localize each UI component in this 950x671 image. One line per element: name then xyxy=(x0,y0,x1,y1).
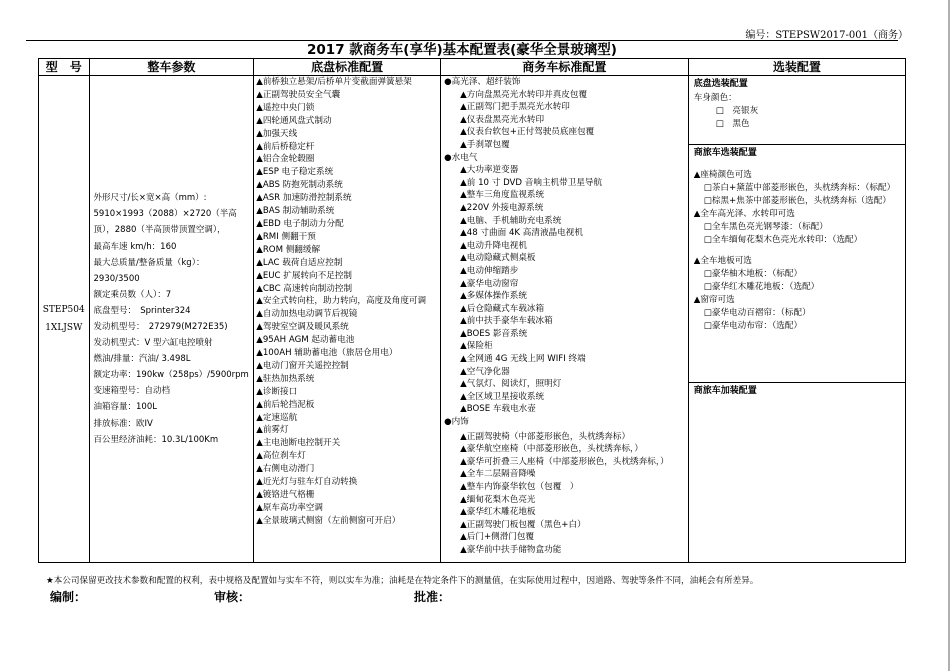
header-chassis: 底盘标准配置 xyxy=(254,59,441,76)
biz-item: ▲豪华航空座椅（中部菱形嵌色，头枕绣奔标，） xyxy=(444,443,685,456)
chassis-item: ▲95AH AGM 起动蓄电池 xyxy=(256,334,438,347)
chassis-item: ▲ABS 防抱死制动系统 xyxy=(256,179,438,192)
table-row: STEP504 1XLJSW 外形尺寸/长×宽×高（mm）: 5910×1993… xyxy=(39,76,906,563)
biz-item: ▲大功率逆变器 xyxy=(444,164,685,177)
biz-item: ▲仪表盘黑亮光水转印 xyxy=(444,114,685,127)
chassis-item: ▲加强天线 xyxy=(256,128,438,141)
option-checkbox[interactable]: □棕黑+焦茶中部菱形嵌色，头枕绣奔标（选配） xyxy=(694,195,900,208)
biz-section-interior: ●内饰 xyxy=(444,416,685,429)
chassis-item: ▲驾驶室空调及暖风系统 xyxy=(256,321,438,334)
biz-item: ▲多媒体操作系统 xyxy=(444,290,685,303)
header-options: 选装配置 xyxy=(688,59,905,76)
chassis-item: ▲前桥独立悬架/后桥单片变截面弹簧悬架 xyxy=(256,76,438,89)
option-checkbox[interactable]: □全车黑色亮光钢琴漆：（标配） xyxy=(694,221,900,234)
chassis-item: ▲EUC 扩展转向不足控制 xyxy=(256,270,438,283)
chassis-item: ▲前后桥稳定杆 xyxy=(256,141,438,154)
biz-item: ▲豪华可折叠三人座椅（中部菱形嵌色，头枕绣奔标，） xyxy=(444,456,685,469)
chassis-item: ▲ESP 电子稳定系统 xyxy=(256,166,438,179)
chassis-item: ▲高位刹车灯 xyxy=(256,450,438,463)
biz-item: ▲全区域卫星接收系统 xyxy=(444,391,685,404)
body-color-label: 车身颜色： xyxy=(694,92,900,105)
option-checkbox[interactable]: □豪华红木雕花地板：（选配） xyxy=(694,281,900,294)
option-checkbox[interactable]: □豪华电动百褶帘：（标配） xyxy=(694,307,900,320)
biz-item: ▲手刹罩包覆 xyxy=(444,139,685,152)
param-line: 5910×1993（2088）×2720（半高顶），2880（半高顶带顶置空调）… xyxy=(94,206,250,238)
param-line: 发动机型号： 272979(M272E35) xyxy=(94,319,250,335)
option-checkbox[interactable]: □茶白+黛蓝中部菱形嵌色，头枕绣奔标：（标配） xyxy=(694,182,900,195)
chassis-item: ▲前后轮挡泥板 xyxy=(256,399,438,412)
param-line: 2930/3500 xyxy=(94,271,250,287)
rv-addons-block: 商旅车加装配置 xyxy=(689,383,905,401)
config-table: 型 号 整车参数 底盘标准配置 商务车标准配置 选装配置 STEP504 1XL… xyxy=(38,58,906,563)
chassis-item: ▲右侧电动滑门 xyxy=(256,463,438,476)
biz-item: ▲电脑、手机辅助充电系统 xyxy=(444,215,685,228)
biz-item: ▲整车内饰豪华软包（包覆 ） xyxy=(444,481,685,494)
biz-item: ▲电动隐藏式侧桌板 xyxy=(444,252,685,265)
chassis-item: ▲近光灯与驻车灯自动转换 xyxy=(256,476,438,489)
param-line: 排放标准：欧IV xyxy=(94,416,250,432)
chassis-item: ▲镀铬进气格栅 xyxy=(256,489,438,502)
param-line: 底盘型号： Sprinter324 xyxy=(94,303,250,319)
chassis-item: ▲四轮通风盘式制动 xyxy=(256,115,438,128)
rv-addons-title: 商旅车加装配置 xyxy=(694,385,900,398)
biz-item: ▲保险柜 xyxy=(444,340,685,353)
param-line: 油箱容量：100L xyxy=(94,399,250,415)
chassis-item: ▲定速巡航 xyxy=(256,412,438,425)
header-business: 商务车标准配置 xyxy=(441,59,689,76)
biz-item: ▲方向盘黑亮光水转印并真皮包覆 xyxy=(444,89,685,102)
biz-section-electrical: ●水电气 xyxy=(444,152,685,165)
disclaimer-note: ★本公司保留更改技术参数和配置的权利，表中规格及配置如与实车不符，则以实车为准；… xyxy=(46,574,758,586)
model-variant: 1XLJSW xyxy=(39,319,89,337)
biz-item: ▲BOSE 车载电水壶 xyxy=(444,403,685,416)
option-checkbox[interactable]: □豪华柚木地板：（标配） xyxy=(694,268,900,281)
chassis-item: ▲遥控中央门锁 xyxy=(256,102,438,115)
biz-item: ▲正副驾驶椅（中部菱形嵌色，头枕绣奔标） xyxy=(444,431,685,444)
option-checkbox[interactable]: □豪华电动布帘：（选配） xyxy=(694,320,900,333)
chassis-item: ▲自动加热电动调节后视镜 xyxy=(256,308,438,321)
compiled-by-label: 编制： xyxy=(50,588,86,605)
param-line: 最大总质量/整备质量（kg）： xyxy=(94,255,250,271)
gloss-group: ▲全车高光泽、水转印可选 xyxy=(694,208,900,221)
chassis-cell: ▲前桥独立悬架/后桥单片变截面弹簧悬架 ▲正副驾驶员安全气囊 ▲遥控中央门锁 ▲… xyxy=(254,76,441,563)
chassis-item: ▲诊断接口 xyxy=(256,386,438,399)
model-cell: STEP504 1XLJSW xyxy=(39,76,90,563)
chassis-item: ▲正副驾驶员安全气囊 xyxy=(256,89,438,102)
biz-item: ▲气氛灯、阅读灯，照明灯 xyxy=(444,378,685,391)
chassis-item: ▲ROM 侧翻缓解 xyxy=(256,244,438,257)
biz-item: ▲电动升降电视机 xyxy=(444,240,685,253)
biz-item: ▲空气净化器 xyxy=(444,366,685,379)
param-line: 发动机型式：V 型六缸电控喷射 xyxy=(94,335,250,351)
biz-item: ▲整车三角度监视系统 xyxy=(444,189,685,202)
table-header-row: 型 号 整车参数 底盘标准配置 商务车标准配置 选装配置 xyxy=(39,59,906,76)
biz-item: ▲缅甸花梨木色亮光 xyxy=(444,494,685,507)
chassis-item: ▲电动门窗开关遥控控制 xyxy=(256,360,438,373)
biz-item: ▲全网通 4G 无线上网 WIFI 终端 xyxy=(444,353,685,366)
biz-item: ▲后门+侧滑门包覆 xyxy=(444,531,685,544)
biz-item: ▲48 寸曲面 4K 高清液晶电视机 xyxy=(444,227,685,240)
color-option-black[interactable]: □ 黑色 xyxy=(694,118,900,131)
biz-item: ▲前中扶手豪华车载冰箱 xyxy=(444,315,685,328)
biz-section-trim: ●高光泽、超纤装饰 xyxy=(444,76,685,89)
biz-item: ▲仪表台软包+正付驾驶员底座包覆 xyxy=(444,126,685,139)
param-line: 燃油/排量：汽油/ 3.498L xyxy=(94,351,250,367)
param-line: 百公里经济油耗：10.3L/100Km xyxy=(94,432,250,448)
color-option-silver[interactable]: □ 亮银灰 xyxy=(694,105,900,118)
business-cell: ●高光泽、超纤装饰 ▲方向盘黑亮光水转印并真皮包覆 ▲正副驾门把手黑亮光水转印 … xyxy=(441,76,689,563)
chassis-item: ▲LAC 载荷自适应控制 xyxy=(256,257,438,270)
option-checkbox[interactable]: □全车缅甸花梨木色亮光水转印：（选配） xyxy=(694,234,900,247)
model-code: STEP504 xyxy=(39,301,89,319)
header-model: 型 号 xyxy=(39,59,90,76)
biz-item: ▲正副驾门把手黑亮光水转印 xyxy=(444,101,685,114)
chassis-item: ▲BAS 制动辅助系统 xyxy=(256,205,438,218)
options-cell: 底盘选装配置 车身颜色： □ 亮银灰 □ 黑色 商旅车选装配置 ▲座椅颜色可选 … xyxy=(688,76,905,563)
chassis-item: ▲原车高功率空调 xyxy=(256,502,438,515)
chassis-item: ▲EBD 电子制动力分配 xyxy=(256,218,438,231)
chassis-item: ▲ASR 加速防滑控制系统 xyxy=(256,192,438,205)
biz-item: ▲电动伸缩踏步 xyxy=(444,265,685,278)
biz-item: ▲BOES 影音系统 xyxy=(444,328,685,341)
chassis-item: ▲100AH 辅助蓄电池（旅居仓用电） xyxy=(256,347,438,360)
seat-color-group: ▲座椅颜色可选 xyxy=(694,169,900,182)
chassis-item: ▲铝合金轮毂圈 xyxy=(256,153,438,166)
header-params: 整车参数 xyxy=(89,59,254,76)
param-line: 外形尺寸/长×宽×高（mm）: xyxy=(94,190,250,206)
chassis-options-title: 底盘选装配置 xyxy=(694,78,900,91)
biz-item: ▲220V 外接电源系统 xyxy=(444,202,685,215)
chassis-item: ▲主电池断电控制开关 xyxy=(256,437,438,450)
chassis-item: ▲驻热加热系统 xyxy=(256,373,438,386)
reviewed-by-label: 审核： xyxy=(214,588,250,605)
biz-item: ▲全车二层隔音降噪 xyxy=(444,468,685,481)
params-cell: 外形尺寸/长×宽×高（mm）: 5910×1993（2088）×2720（半高顶… xyxy=(89,76,254,563)
param-line: 最高车速 km/h：160 xyxy=(94,239,250,255)
chassis-item: ▲前雾灯 xyxy=(256,424,438,437)
biz-item: ▲正副驾驶门板包覆（黑色+白） xyxy=(444,519,685,532)
chassis-item: ▲CBC 高速转向制动控制 xyxy=(256,283,438,296)
floor-group: ▲全车地板可选 xyxy=(694,255,900,268)
biz-item: ▲豪华红木雕花地板 xyxy=(444,506,685,519)
rv-options-block: 商旅车选装配置 ▲座椅颜色可选 □茶白+黛蓝中部菱形嵌色，头枕绣奔标：（标配） … xyxy=(689,145,905,383)
param-line: 变速箱型号：自动档 xyxy=(94,383,250,399)
chassis-item: ▲全景玻璃式侧窗（左前侧窗可开启） xyxy=(256,515,438,528)
biz-item: ▲豪华电动窗帘 xyxy=(444,278,685,291)
chassis-item: ▲安全式转向柱，助力转向，高度及角度可调 xyxy=(256,295,438,308)
biz-item: ▲后仓隐藏式车载冰箱 xyxy=(444,303,685,316)
approved-by-label: 批准： xyxy=(414,588,450,605)
biz-item: ▲豪华前中扶手储物盒功能 xyxy=(444,544,685,557)
biz-item: ▲前 10 寸 DVD 音响主机带卫星导航 xyxy=(444,177,685,190)
param-line: 额定功率：190kw（258ps）/5900rpm xyxy=(94,367,250,383)
param-line: 额定乘员数（人）：7 xyxy=(94,287,250,303)
curtain-group: ▲窗帘可选 xyxy=(694,294,900,307)
document-number: 编号：STEPSW2017-001（商务） xyxy=(745,26,908,41)
chassis-options-block: 底盘选装配置 车身颜色： □ 亮银灰 □ 黑色 xyxy=(689,76,905,145)
rv-options-title: 商旅车选装配置 xyxy=(694,147,900,160)
document-title: 2017 款商务车(享华)基本配置表(豪华全景玻璃型) xyxy=(26,41,898,59)
chassis-item: ▲RMI 侧翻干预 xyxy=(256,231,438,244)
